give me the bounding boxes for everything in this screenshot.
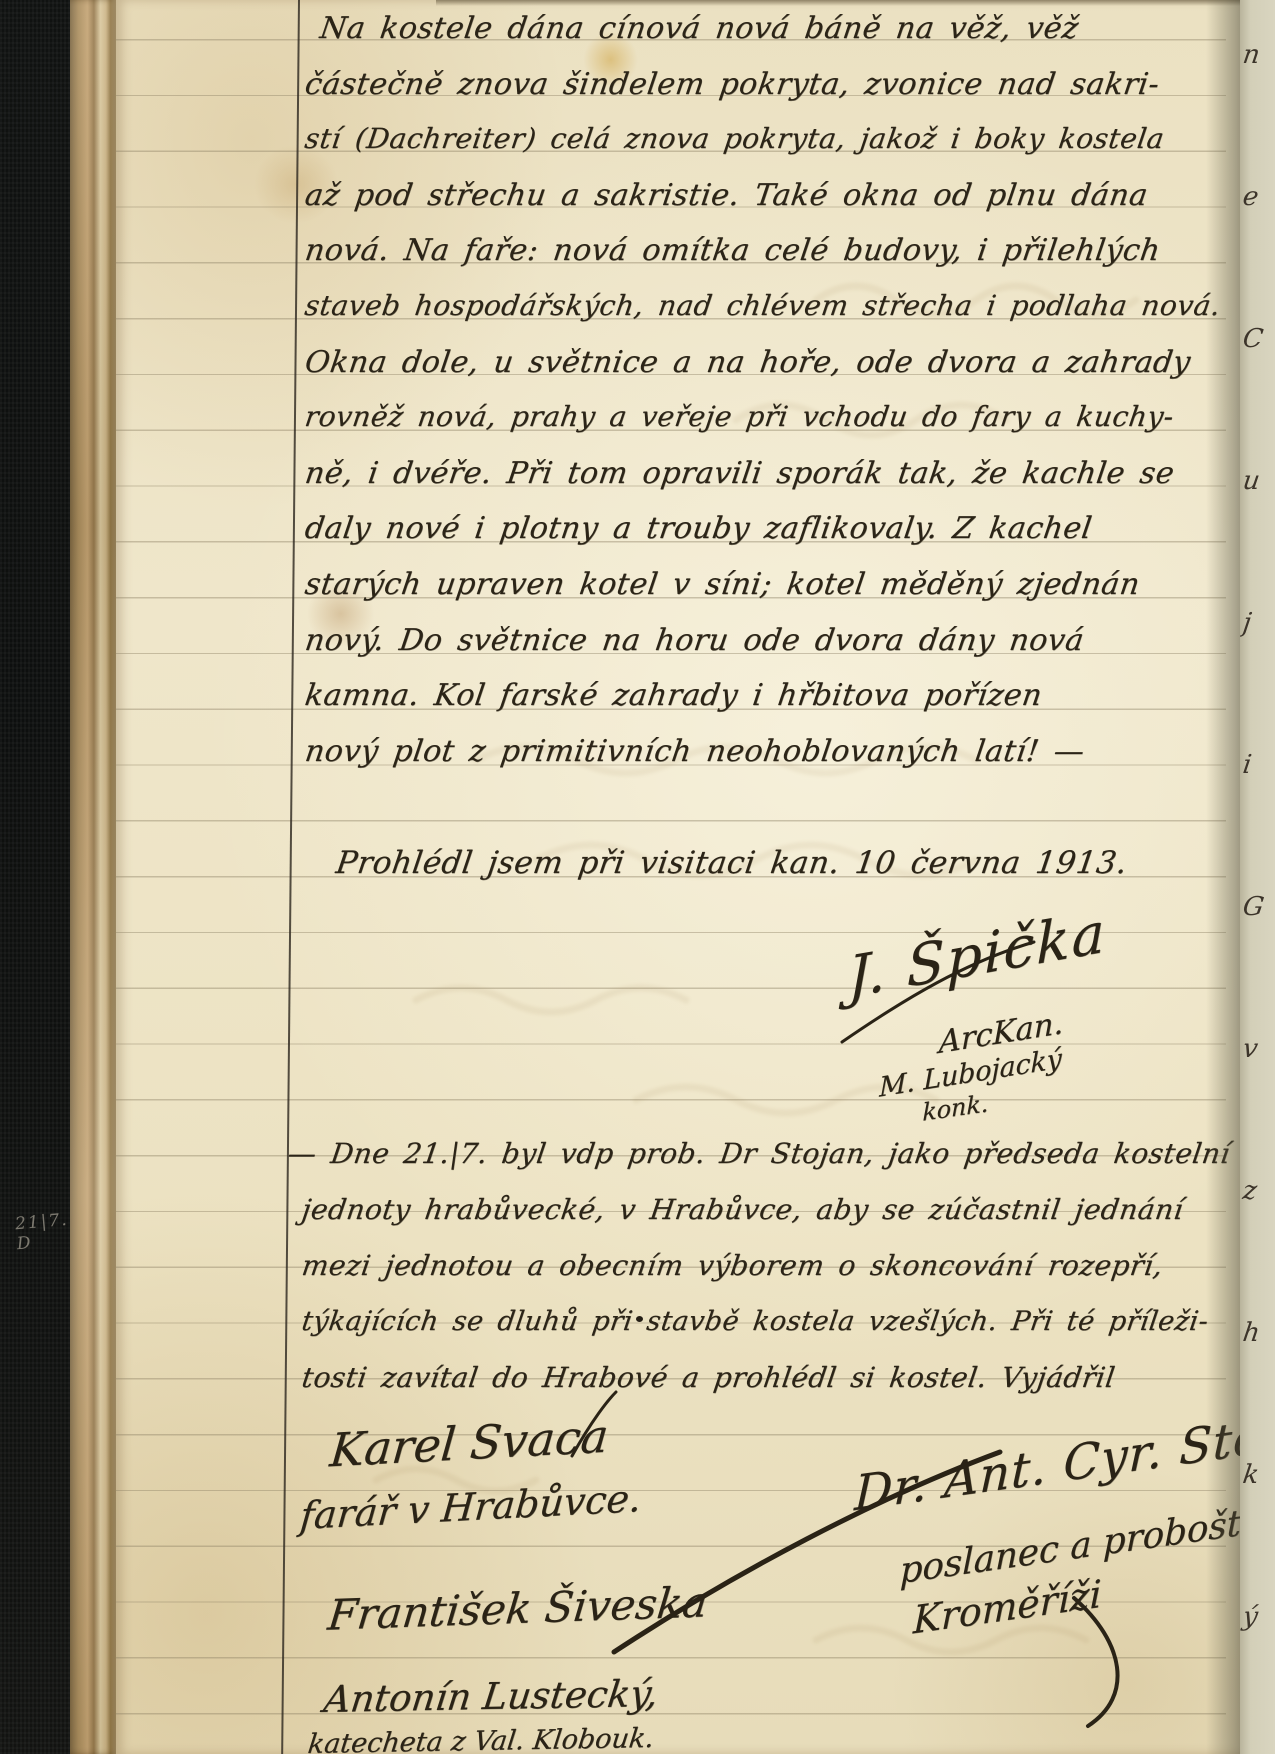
book-binding-edge: 21|7. D [0, 0, 70, 1754]
facing-page-fragment: v [1241, 1034, 1260, 1064]
witness-title: konk. [922, 1091, 988, 1125]
manuscript-line: staveb hospodářských, nad chlévem střech… [303, 292, 1222, 320]
manuscript-line: Na kostele dána cínová nová báně na věž,… [318, 14, 1080, 44]
manuscript-line: rovněž nová, prahy a veřeje při vchodu d… [303, 403, 1176, 431]
manuscript-scan-page: 21|7. D Na kostele dána cínová nová báně… [0, 0, 1275, 1754]
manuscript-line: — Dne 21.|7. byl vdp prob. Dr Stojan, ja… [286, 1140, 1232, 1168]
facing-page-fragment: C [1241, 324, 1265, 354]
priest-title: farář v Hrabůvce. [299, 1479, 643, 1535]
margin-rule-line [281, 0, 300, 1754]
page-edge-stack [70, 0, 116, 1754]
manuscript-line: Okna dole, u světnice a na hoře, ode dvo… [303, 348, 1193, 378]
facing-page-fragment: j [1241, 608, 1253, 638]
manuscript-line: stí (Dachreiter) celá znova pokryta, jak… [303, 125, 1166, 153]
chronicle-page: Na kostele dána cínová nová báně na věž,… [116, 0, 1240, 1754]
manuscript-line: jednoty hrabůvecké, v Hrabůvce, aby se z… [300, 1196, 1185, 1224]
manuscript-line: týkajících se dluhů při stavbě kostela v… [300, 1308, 1210, 1335]
manuscript-line: nová. Na faře: nová omítka celé budovy, … [303, 236, 1162, 266]
second-signature: František Šiveska [326, 1581, 710, 1636]
manuscript-line: daly nové i plotny a trouby zaflikovaly.… [303, 514, 1094, 544]
facing-page-fragment: G [1241, 892, 1266, 922]
manuscript-line: nový plot z primitivních neohoblovaných … [303, 737, 1087, 767]
third-signature-title: katecheta z Val. Klobouk. [306, 1725, 655, 1754]
facing-page-fragment: u [1241, 466, 1262, 496]
facing-page-sliver: neCujiGvzhký [1240, 0, 1275, 1754]
visitation-note: Prohlédl jsem při visitaci kan. 10 červn… [334, 848, 1129, 879]
gutter-shadow [1206, 0, 1240, 1754]
margin-pencil-note: 21|7. D [14, 1210, 71, 1255]
facing-page-fragment: i [1241, 750, 1254, 780]
manuscript-line: částečně znova šindelem pokryta, zvonice… [303, 70, 1161, 100]
facing-page-fragment: n [1241, 40, 1262, 70]
manuscript-line: až pod střechu a sakristie. Také okna od… [303, 181, 1150, 211]
facing-page-fragment: ý [1241, 1602, 1260, 1632]
manuscript-line: ně, i dvéře. Při tom opravili sporák tak… [303, 459, 1176, 489]
manuscript-line: starých upraven kotel v síni; kotel mědě… [303, 570, 1142, 600]
third-signature: Antonín Lustecký, [322, 1675, 661, 1718]
scan-top-shadow [436, 0, 1240, 6]
visitator-signature: J. Špička [848, 905, 1107, 1007]
facing-page-fragment: h [1241, 1318, 1262, 1348]
facing-page-fragment: e [1241, 182, 1261, 212]
manuscript-line: mezi jednotou a obecním výborem o skonco… [300, 1252, 1165, 1280]
facing-page-fragment: k [1241, 1460, 1261, 1490]
manuscript-line: nový. Do světnice na horu ode dvora dány… [303, 626, 1086, 656]
facing-page-fragment: z [1241, 1176, 1259, 1206]
manuscript-line: tosti zavítal do Hrabové a prohlédl si k… [300, 1364, 1117, 1392]
manuscript-line: kamna. Kol farské zahrady i hřbitova poř… [303, 681, 1044, 711]
priest-signature: Karel Svaca [328, 1413, 610, 1474]
